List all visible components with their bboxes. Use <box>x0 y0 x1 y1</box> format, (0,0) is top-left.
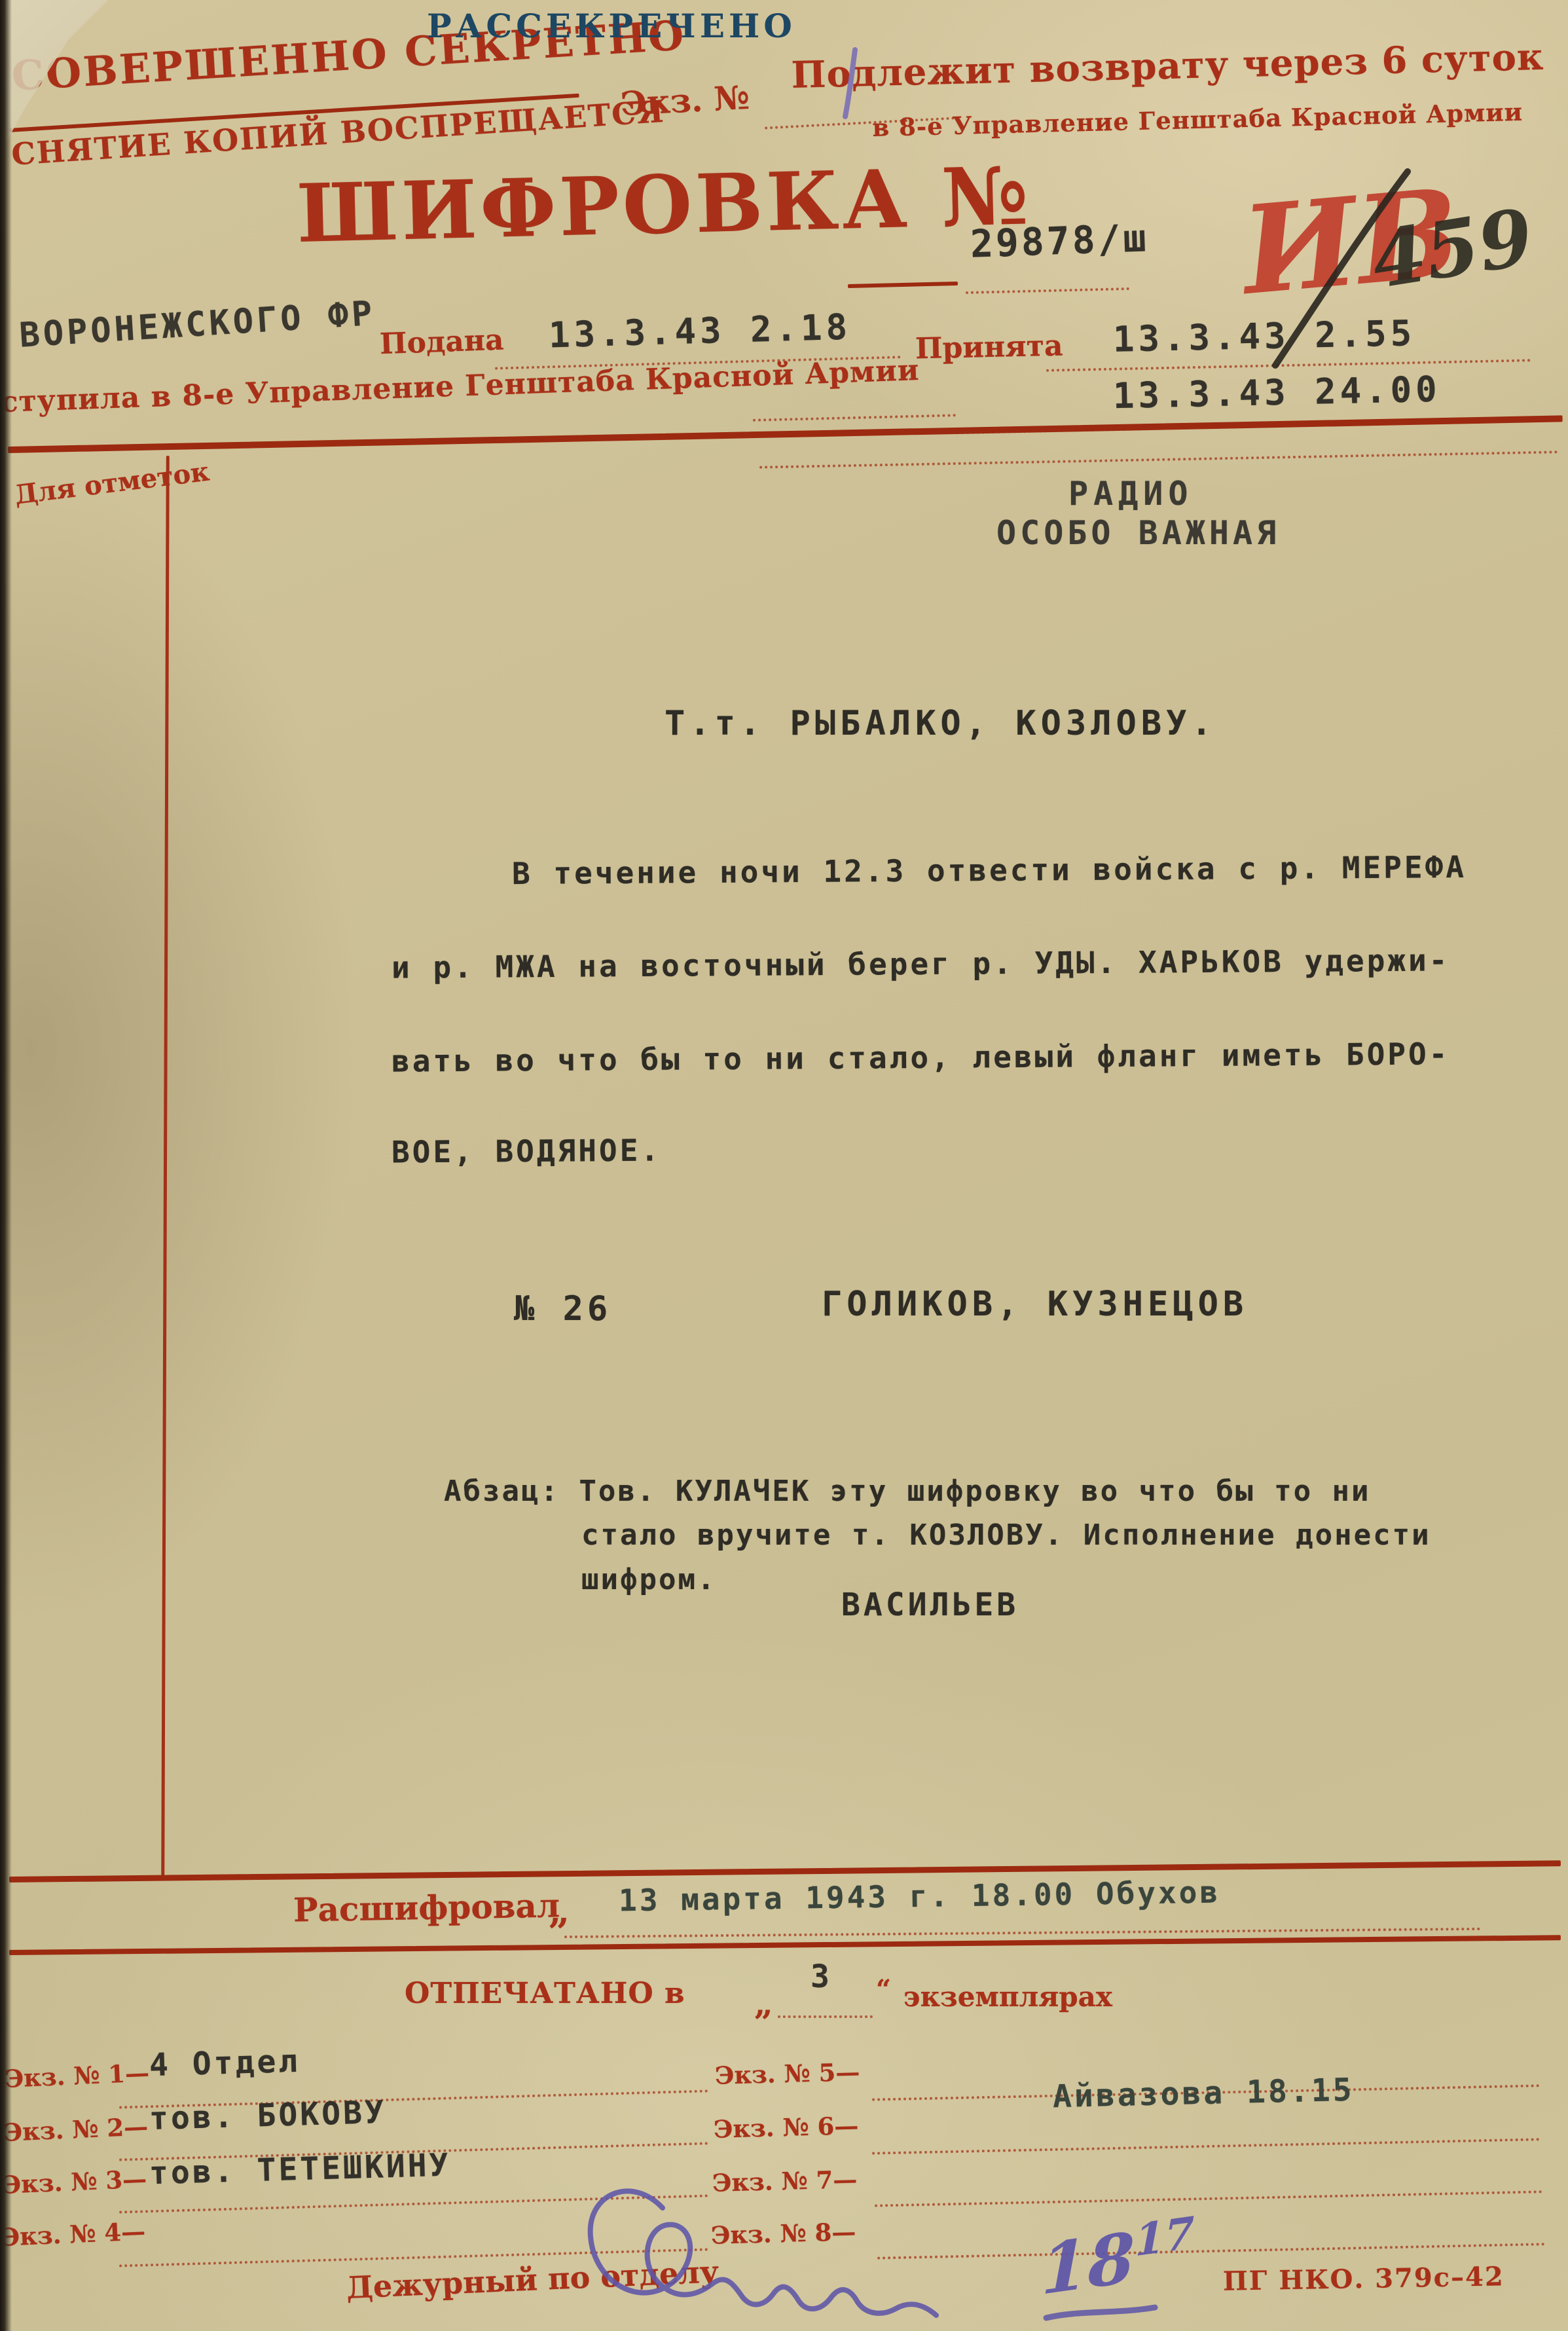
postscript-line-3: шифром. <box>581 1565 716 1595</box>
copy2-value: тов. БОКОВУ <box>149 2096 386 2135</box>
header-rule-dots <box>759 450 1558 468</box>
title-underline <box>848 282 958 288</box>
header-rule <box>8 415 1563 453</box>
decryption-quote: „ <box>549 1892 570 1931</box>
postscript-line-2: стало вручите т. КОЗЛОВУ. Исполнение дон… <box>581 1520 1431 1551</box>
copy6-line <box>872 2138 1540 2154</box>
margin-notes-label: Для отметок <box>13 458 211 509</box>
arrived-label: ступила в 8-е Управление Генштаба Красно… <box>0 356 920 418</box>
printing-open-quote: „ <box>754 1987 773 2021</box>
cipher-telegram-document: РАССЕКРЕЧЕНО СОВЕРШЕННО СЕКРЕТНО СНЯТИЕ … <box>0 0 1568 2331</box>
return-notice-line2: в 8-е Управление Генштаба Красной Армии <box>872 100 1523 141</box>
copy6-label: Экз. № 6— <box>714 2113 859 2142</box>
duty-officer-signature <box>591 2191 936 2315</box>
copy8-line <box>877 2243 1545 2259</box>
cipher-number: 29878/ш <box>970 218 1149 264</box>
received-value: 13.3.43 2.55 <box>1112 315 1415 358</box>
body-line-4: ВОЕ, ВОДЯНОЕ. <box>392 1135 661 1168</box>
channel: РАДИО <box>1068 477 1194 511</box>
addressee: Т.т. РЫБАЛКО, КОЗЛОВУ. <box>665 706 1216 742</box>
handwritten-time-underline <box>1046 2307 1155 2318</box>
body-line-2: и р. МЖА на восточный берег р. УДЫ. ХАРЬ… <box>392 944 1450 983</box>
copy8-label: Экз. № 8— <box>711 2219 856 2248</box>
decryption-label: Расшифровал <box>293 1888 560 1928</box>
copy3-line <box>119 2194 708 2213</box>
return-notice-line1: Подлежит возврату через 6 суток <box>791 38 1544 95</box>
margin-vertical-rule <box>161 456 170 1880</box>
copy7-label: Экз. № 7— <box>712 2167 858 2196</box>
printing-label: ОТПЕЧАТАНО в <box>405 1979 685 2009</box>
submitted-label: Подана <box>379 325 504 360</box>
arrived-value: 13.3.43 24.00 <box>1112 371 1441 415</box>
origin-front: ВОРОНЕЖСКОГО ФР <box>18 296 376 354</box>
copy3-value: тов. ТЕТЕШКИНУ <box>149 2149 451 2190</box>
copy2-label: Экз. № 2— <box>3 2114 149 2145</box>
copy3-label: Экз. № 3— <box>1 2166 147 2197</box>
copy-number-label: Экз. № <box>620 81 750 122</box>
typist-note: Айвазова 18.15 <box>1052 2074 1355 2114</box>
printing-suffix: экземплярах <box>903 1983 1112 2011</box>
received-dotted-line <box>1046 359 1531 371</box>
printing-copies: 3 <box>811 1960 830 1993</box>
copy4-label: Экз. № 4— <box>0 2218 146 2250</box>
copy7-line <box>875 2190 1542 2207</box>
body-line-3: вать во что бы то ни стало, левый фланг … <box>392 1038 1450 1077</box>
declassified-stamp: РАССЕКРЕЧЕНО <box>427 9 796 44</box>
handwritten-number-459: 459 <box>1366 196 1539 301</box>
scan-left-edge <box>0 0 12 2331</box>
signatories: ГОЛИКОВ, КУЗНЕЦОВ <box>822 1287 1248 1323</box>
copy1-value: 4 Отдел <box>149 2045 301 2082</box>
outgoing-number: № 26 <box>514 1291 611 1327</box>
printing-close-quote: “ <box>876 1976 891 2004</box>
printing-dotted-line <box>778 2015 873 2018</box>
form-code: ПГ НКО. 379с–42 <box>1223 2263 1504 2295</box>
body-line-1: В течение ночи 12.3 отвести войска с р. … <box>512 851 1467 889</box>
postscript-line-1: Абзац: Тов. КУЛАЧЕК эту шифровку во что … <box>444 1477 1371 1507</box>
received-label: Принята <box>915 331 1063 365</box>
copy1-label: Экз. № 1— <box>4 2060 150 2091</box>
title-dotted-line <box>966 287 1129 294</box>
decryption-value: 13 марта 1943 г. 18.00 Обухов <box>619 1877 1221 1917</box>
decryption-rule-top <box>9 1860 1561 1882</box>
decryption-rule-bottom <box>9 1935 1561 1955</box>
handwritten-time-main: 18 <box>1041 2216 1135 2311</box>
handwritten-time-sup: 17 <box>1135 2207 1194 2267</box>
submitted-value: 13.3.43 2.18 <box>548 309 852 355</box>
copy5-label: Экз. № 5— <box>715 2059 860 2089</box>
document-title: ШИФРОВКА № <box>296 154 1032 255</box>
duty-officer-label: Дежурный по отделу <box>346 2256 720 2303</box>
postscript-signer: ВАСИЛЬЕВ <box>841 1588 1019 1621</box>
handwritten-time: 1817 <box>1041 2210 1194 2306</box>
arrived-dotted-line-left <box>753 414 956 422</box>
priority: ОСОБО ВАЖНАЯ <box>996 516 1280 551</box>
